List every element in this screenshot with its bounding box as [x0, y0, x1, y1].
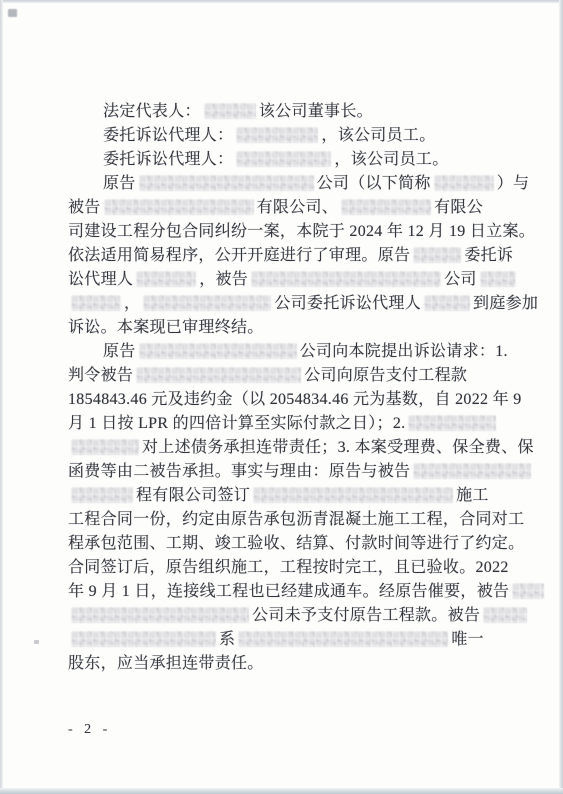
- text-run: ，该公司员工。: [334, 151, 448, 168]
- text-run: 公司向原告支付工程款: [304, 367, 467, 384]
- text-run: 1854843.46 元及违约金（以 2054834.46 元为基数，自 202…: [68, 391, 522, 408]
- redaction-blur: [139, 175, 314, 191]
- scan-artifact: [8, 9, 17, 17]
- scan-artifact: [34, 640, 39, 644]
- document-line: 程有限公司签订施工: [68, 484, 520, 508]
- text-run: 有限公司、: [257, 199, 339, 216]
- redaction-blur: [413, 463, 531, 479]
- text-run: 函费等由二被告承担。事实与理由：原告与被告: [68, 463, 410, 480]
- document-line: 1854843.46 元及违约金（以 2054834.46 元为基数，自 202…: [68, 388, 520, 412]
- text-run: 有限公: [434, 199, 483, 216]
- text-run: 诉讼。本案现已审理终结。: [68, 319, 264, 336]
- redaction-blur: [71, 295, 121, 311]
- redaction-blur: [424, 295, 470, 311]
- redaction-blur: [483, 607, 527, 623]
- document-line: 年 9 月 1 日，连接线工程也已经建成通车。经原告催要，被告: [68, 580, 520, 604]
- text-run: 依法适用简易程序，公开开庭进行了审理。原告: [68, 247, 410, 264]
- text-run: 委托诉讼代理人：: [103, 151, 233, 168]
- text-run: 公司（以下简称: [317, 175, 431, 192]
- redaction-blur: [71, 607, 249, 623]
- document-line: 原告公司向本院提出诉讼请求：1.: [68, 340, 520, 364]
- text-run: 年 9 月 1 日，连接线工程也已经建成通车。经原告催要，被告: [68, 583, 509, 600]
- text-run: 系: [219, 631, 235, 648]
- document-line: 司建设工程分包合同纠纷一案，本院于 2024 年 12 月 19 日立案。: [68, 220, 520, 244]
- text-run: 委托诉讼代理人：: [103, 127, 233, 144]
- page-number: - 2 -: [68, 720, 111, 740]
- document-line: 函费等由二被告承担。事实与理由：原告与被告: [68, 460, 520, 484]
- document-line: 月 1 日按 LPR 的四倍计算至实际付款之日）；2.: [68, 412, 520, 436]
- text-run: ，: [124, 295, 140, 312]
- text-run: ，被告: [199, 271, 248, 288]
- redaction-blur: [341, 199, 431, 215]
- text-run: 程承包范围、工期、竣工验收、结算、付款时间等进行了约定。: [68, 535, 524, 552]
- text-run: 委托诉: [464, 247, 513, 264]
- redaction-blur: [204, 103, 256, 119]
- text-run: 司建设工程分包合同纠纷一案，本院于 2024 年 12 月 19 日立案。: [68, 223, 535, 240]
- redaction-blur: [139, 343, 297, 359]
- redaction-blur: [71, 487, 133, 503]
- document-line: 合同签订后，原告组织施工，工程按时完工，且已验收。2022: [68, 556, 520, 580]
- text-run: 公司委托诉讼代理人: [274, 295, 421, 312]
- text-run: 程有限公司签订: [136, 487, 250, 504]
- document-line: 公司未予支付原告工程款。被告: [68, 604, 520, 628]
- redaction-blur: [434, 175, 494, 191]
- scanned-document-page: 法定代表人：该公司董事长。委托诉讼代理人：，该公司员工。委托诉讼代理人：，该公司…: [0, 0, 563, 794]
- redaction-blur: [236, 151, 331, 167]
- text-run: 讼代理人: [68, 271, 133, 288]
- text-run: 公司未予支付原告工程款。被告: [252, 607, 480, 624]
- document-line: 判令被告公司向原告支付工程款: [68, 364, 520, 388]
- redaction-blur: [104, 199, 254, 215]
- page-edge-bottom: [0, 788, 563, 794]
- text-run: 被告: [68, 199, 101, 216]
- redaction-blur: [236, 127, 318, 143]
- text-run: 股东，应当承担连带责任。: [68, 655, 264, 672]
- text-run: 原告: [103, 175, 136, 192]
- text-run: 原告: [103, 343, 136, 360]
- document-body: 法定代表人：该公司董事长。委托诉讼代理人：，该公司员工。委托诉讼代理人：，该公司…: [68, 100, 520, 676]
- document-line: 程承包范围、工期、竣工验收、结算、付款时间等进行了约定。: [68, 532, 520, 556]
- redaction-blur: [71, 631, 216, 647]
- redaction-blur: [136, 367, 301, 383]
- document-line: 被告有限公司、有限公: [68, 196, 520, 220]
- redaction-blur: [413, 247, 461, 263]
- document-line: 讼代理人，被告公司: [68, 268, 520, 292]
- redaction-blur: [238, 631, 448, 647]
- text-run: 合同签订后，原告组织施工，工程按时完工，且已验收。2022: [68, 559, 509, 576]
- page-edge-left: [0, 0, 3, 794]
- redaction-blur: [480, 271, 516, 287]
- text-run: 施工: [456, 487, 489, 504]
- text-run: ）与: [497, 175, 530, 192]
- redaction-blur: [512, 583, 544, 599]
- redaction-blur: [251, 271, 441, 287]
- redaction-blur: [136, 271, 196, 287]
- redaction-blur: [408, 415, 496, 431]
- text-run: 法定代表人：: [103, 103, 201, 120]
- document-line: 工程合同一份，约定由原告承包沥青混凝土施工工程，合同对工: [68, 508, 520, 532]
- page-edge-top: [0, 0, 563, 3]
- text-run: 唯一: [451, 631, 484, 648]
- text-run: 工程合同一份，约定由原告承包沥青混凝土施工工程，合同对工: [68, 511, 524, 528]
- text-run: 判令被告: [68, 367, 133, 384]
- redaction-blur: [253, 487, 453, 503]
- text-run: 该公司董事长。: [259, 103, 373, 120]
- document-line: 原告公司（以下简称）与: [68, 172, 520, 196]
- text-run: 到庭参加: [473, 295, 538, 312]
- redaction-blur: [143, 295, 271, 311]
- text-run: 公司: [444, 271, 477, 288]
- redaction-blur: [71, 439, 139, 455]
- document-line: ，公司委托诉讼代理人到庭参加: [68, 292, 520, 316]
- text-run: 月 1 日按 LPR 的四倍计算至实际付款之日）；2.: [68, 415, 405, 432]
- document-line: 系唯一: [68, 628, 520, 652]
- document-line: 诉讼。本案现已审理终结。: [68, 316, 520, 340]
- text-run: ，该公司员工。: [321, 127, 435, 144]
- document-line: 依法适用简易程序，公开开庭进行了审理。原告委托诉: [68, 244, 520, 268]
- document-line: 对上述债务承担连带责任；3. 本案受理费、保全费、保: [68, 436, 520, 460]
- text-run: 公司向本院提出诉讼请求：1.: [300, 343, 508, 360]
- document-line: 法定代表人：该公司董事长。: [68, 100, 520, 124]
- document-line: 股东，应当承担连带责任。: [68, 652, 520, 676]
- text-run: 对上述债务承担连带责任；3. 本案受理费、保全费、保: [142, 439, 534, 456]
- document-line: 委托诉讼代理人：，该公司员工。: [68, 124, 520, 148]
- page-edge-right: [559, 0, 563, 794]
- document-line: 委托诉讼代理人：，该公司员工。: [68, 148, 520, 172]
